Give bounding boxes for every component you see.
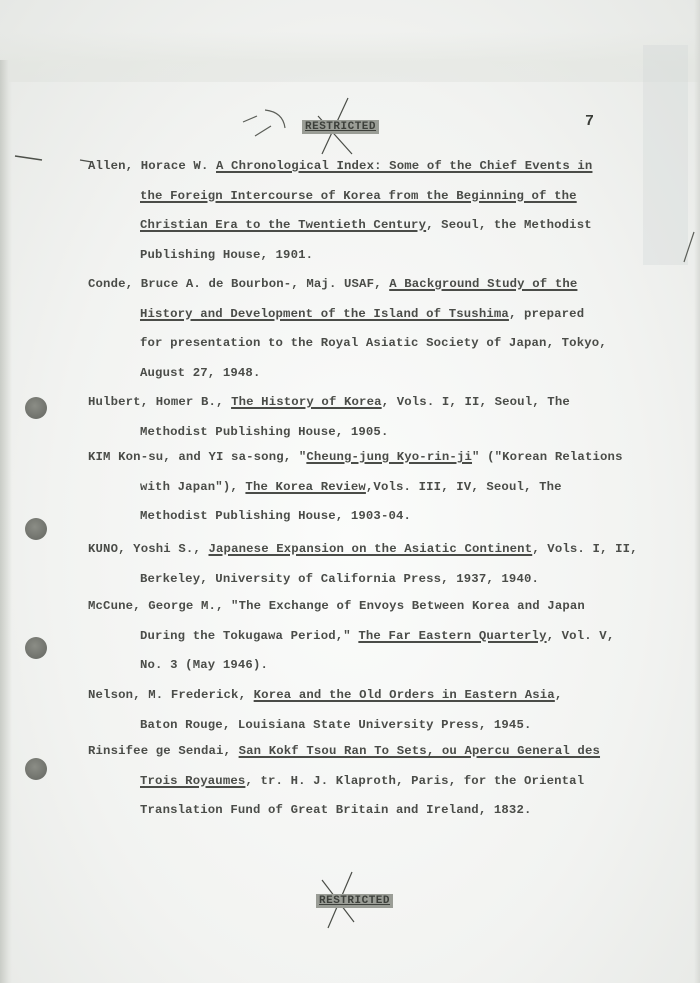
entry-text: Baton Rouge, Louisiana State University … (140, 718, 532, 732)
right-margin-mark-icon (682, 228, 696, 264)
entry-line: with Japan"), The Korea Review,Vols. III… (88, 473, 628, 503)
entry-line: KIM Kon-su, and YI sa-song, "Cheung-jung… (88, 443, 628, 473)
entry-line: History and Development of the Island of… (88, 300, 628, 330)
bibliography-entry-allen: Allen, Horace W. A Chronological Index: … (88, 152, 628, 270)
classification-stamp-footer: RESTRICTED (316, 894, 393, 908)
entry-text: , Vols. I, II, Seoul, The (382, 395, 570, 409)
bibliography-entry-hulbert: Hulbert, Homer B., The History of Korea,… (88, 388, 628, 447)
entry-line: Conde, Bruce A. de Bourbon-, Maj. USAF, … (88, 270, 628, 300)
entry-line: Christian Era to the Twentieth Century, … (88, 211, 628, 241)
entry-line: No. 3 (May 1946). (88, 651, 628, 681)
entry-text: , Vols. I, II, (532, 542, 637, 556)
entry-text: , prepared (509, 307, 584, 321)
entry-line: Trois Royaumes, tr. H. J. Klaproth, Pari… (88, 767, 628, 797)
punch-hole-icon (25, 758, 47, 780)
punch-hole-icon (25, 637, 47, 659)
underlined-title: Christian Era to the Twentieth Century (140, 218, 426, 232)
entry-line: Publishing House, 1901. (88, 241, 628, 271)
entry-text: Methodist Publishing House, 1905. (140, 425, 388, 439)
bibliography-entry-kuno: KUNO, Yoshi S., Japanese Expansion on th… (88, 535, 628, 594)
entry-text: Rinsifee ge Sendai, (88, 744, 239, 758)
underlined-title: The History of Korea (231, 395, 382, 409)
entry-line: Nelson, M. Frederick, Korea and the Old … (88, 681, 628, 711)
entry-text: , Seoul, the Methodist (426, 218, 592, 232)
entry-text: During the Tokugawa Period," (140, 629, 358, 643)
entry-line: During the Tokugawa Period," The Far Eas… (88, 622, 628, 652)
entry-text: , (555, 688, 563, 702)
scanned-page: RESTRICTED 7 Allen, Horace W. A Chronolo… (0, 0, 700, 983)
entry-text: McCune, George M., "The Exchange of Envo… (88, 599, 585, 613)
entry-line: August 27, 1948. (88, 359, 628, 389)
classification-stamp-header: RESTRICTED (302, 120, 379, 134)
entry-text: Publishing House, 1901. (140, 248, 313, 262)
page-right-edge (694, 0, 700, 983)
underlined-title: the Foreign Intercourse of Korea from th… (140, 189, 577, 203)
underlined-title: A Chronological Index: Some of the Chief… (216, 159, 592, 173)
entry-line: McCune, George M., "The Exchange of Envo… (88, 592, 628, 622)
entry-text: Nelson, M. Frederick, (88, 688, 254, 702)
entry-line: Methodist Publishing House, 1903-04. (88, 502, 628, 532)
entry-text: " ("Korean Relations (472, 450, 623, 464)
underlined-title: The Far Eastern Quarterly (358, 629, 546, 643)
underlined-title: Trois Royaumes (140, 774, 245, 788)
entry-text: for presentation to the Royal Asiatic So… (140, 336, 607, 350)
underlined-title: San Kokf Tsou Ran To Sets, ou Apercu Gen… (239, 744, 600, 758)
punch-hole-icon (25, 518, 47, 540)
entry-text: KUNO, Yoshi S., (88, 542, 208, 556)
entry-text: Allen, Horace W. (88, 159, 216, 173)
entry-line: Hulbert, Homer B., The History of Korea,… (88, 388, 628, 418)
entry-text: , tr. H. J. Klaproth, Paris, for the Ori… (245, 774, 584, 788)
bibliography-entry-conde: Conde, Bruce A. de Bourbon-, Maj. USAF, … (88, 270, 628, 388)
underlined-title: History and Development of the Island of… (140, 307, 509, 321)
entry-text: ,Vols. III, IV, Seoul, The (366, 480, 562, 494)
entry-line: for presentation to the Royal Asiatic So… (88, 329, 628, 359)
entry-text: No. 3 (May 1946). (140, 658, 268, 672)
entry-line: Translation Fund of Great Britain and Ir… (88, 796, 628, 826)
entry-text: Methodist Publishing House, 1903-04. (140, 509, 411, 523)
bibliography-entry-nelson: Nelson, M. Frederick, Korea and the Old … (88, 681, 628, 740)
underlined-title: A Background Study of the (389, 277, 577, 291)
entry-text: Hulbert, Homer B., (88, 395, 231, 409)
entry-line: the Foreign Intercourse of Korea from th… (88, 182, 628, 212)
underlined-title: Japanese Expansion on the Asiatic Contin… (208, 542, 532, 556)
bibliography-entry-rinsifee: Rinsifee ge Sendai, San Kokf Tsou Ran To… (88, 737, 628, 826)
underlined-title: Korea and the Old Orders in Eastern Asia (254, 688, 555, 702)
entry-text: Translation Fund of Great Britain and Ir… (140, 803, 532, 817)
scan-shadow-band (0, 32, 700, 82)
entry-text: Conde, Bruce A. de Bourbon-, Maj. USAF, (88, 277, 389, 291)
entry-text: with Japan"), (140, 480, 245, 494)
pen-scribble-icon (235, 100, 295, 145)
entry-line: Berkeley, University of California Press… (88, 565, 628, 595)
punch-hole-icon (25, 397, 47, 419)
entry-text: , Vol. V, (547, 629, 615, 643)
bibliography-entry-mccune: McCune, George M., "The Exchange of Envo… (88, 592, 628, 681)
margin-mark-icon (10, 150, 100, 170)
entry-text: KIM Kon-su, and YI sa-song, " (88, 450, 306, 464)
bibliography-entry-kim: KIM Kon-su, and YI sa-song, "Cheung-jung… (88, 443, 628, 532)
entry-line: Allen, Horace W. A Chronological Index: … (88, 152, 628, 182)
entry-text: August 27, 1948. (140, 366, 260, 380)
page-number: 7 (585, 113, 594, 130)
underlined-title: The Korea Review (245, 480, 365, 494)
entry-line: Rinsifee ge Sendai, San Kokf Tsou Ran To… (88, 737, 628, 767)
page-left-edge (0, 60, 12, 983)
entry-line: Baton Rouge, Louisiana State University … (88, 711, 628, 741)
entry-text: Berkeley, University of California Press… (140, 572, 539, 586)
underlined-title: Cheung-jung Kyo-rin-ji (306, 450, 472, 464)
entry-line: KUNO, Yoshi S., Japanese Expansion on th… (88, 535, 628, 565)
